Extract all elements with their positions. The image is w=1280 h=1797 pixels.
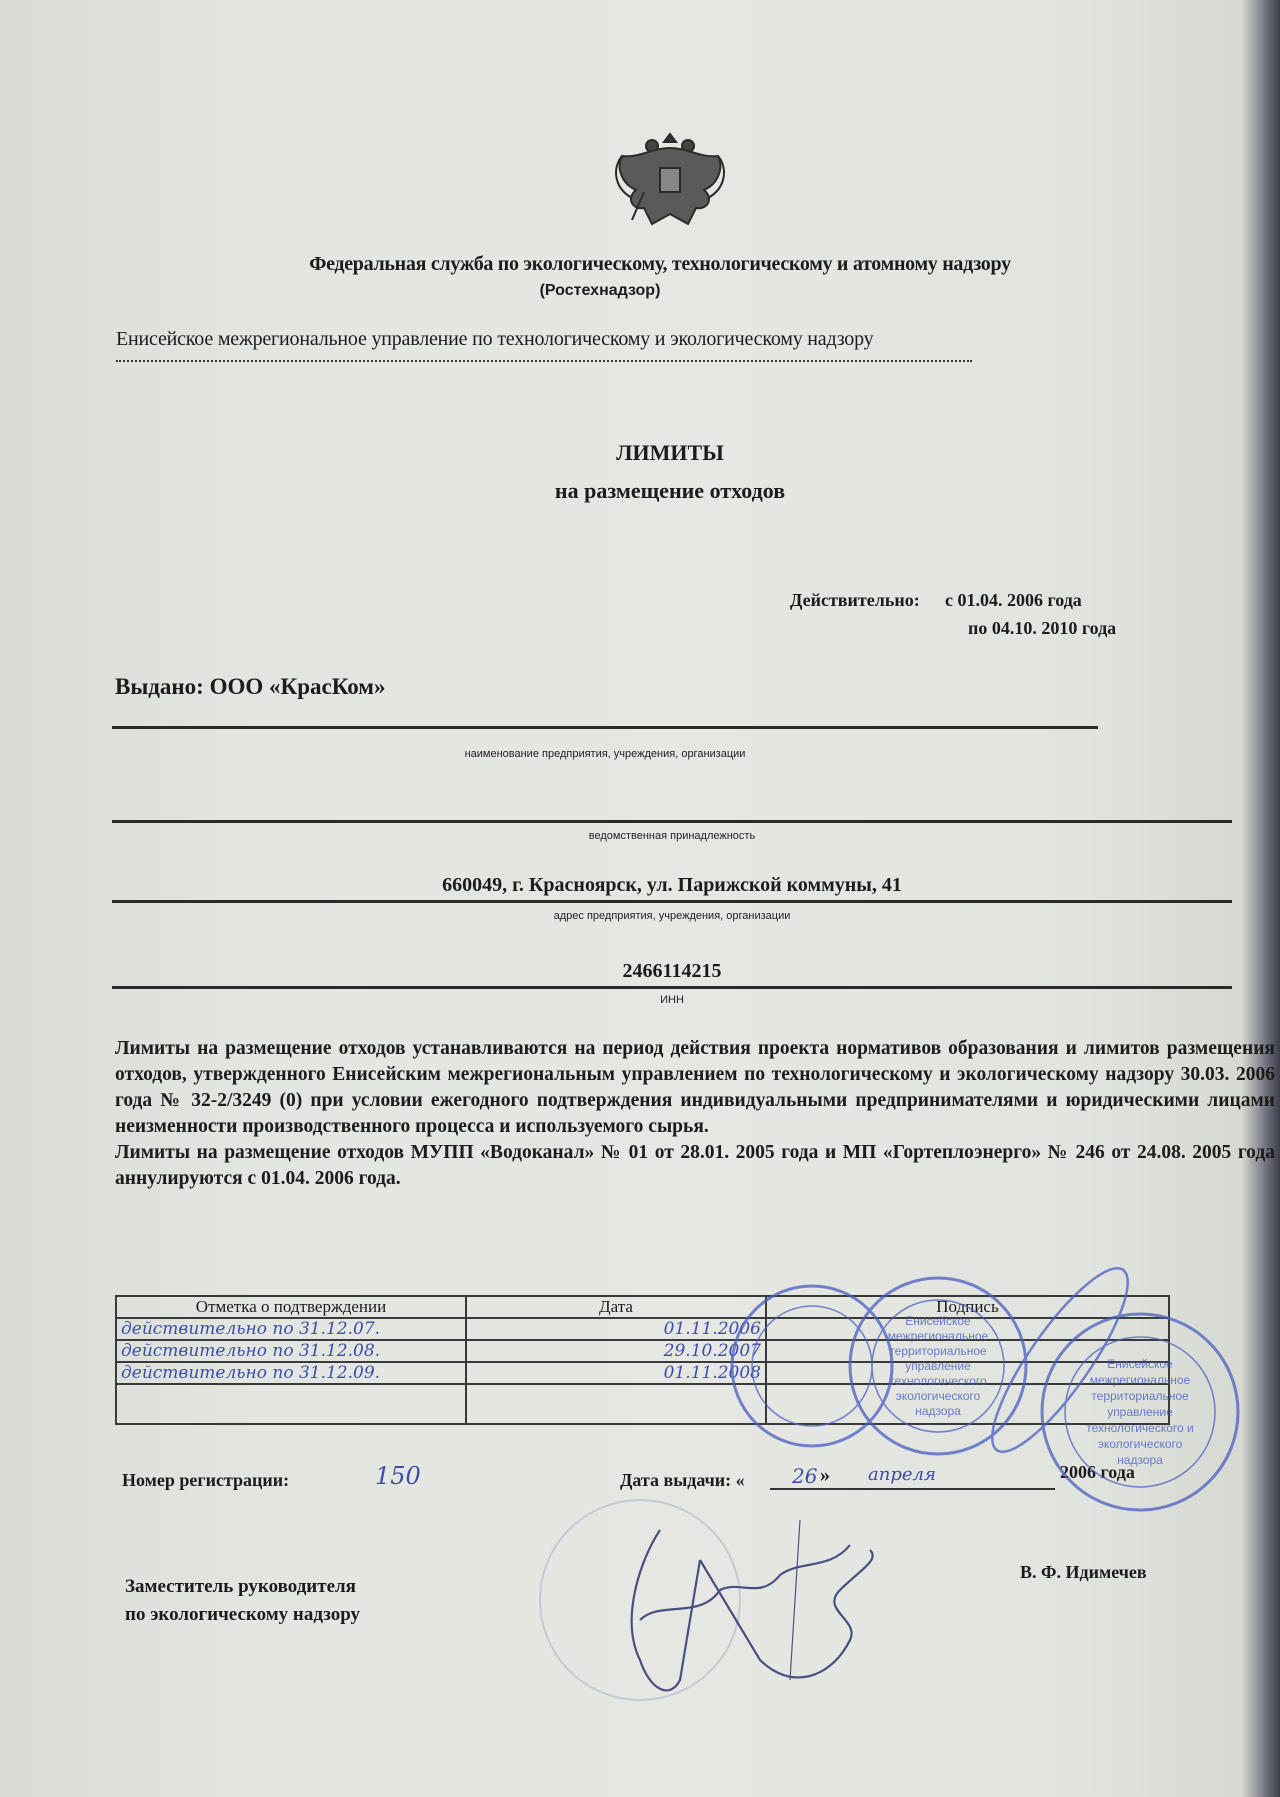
confirmation-mark: действительно по 31.12.09. [116, 1362, 466, 1384]
svg-text:экологического: экологического [1098, 1437, 1183, 1451]
header-confirmation-mark: Отметка о подтверждении [116, 1296, 466, 1318]
issue-day: 26 [792, 1464, 817, 1488]
issue-date-label: Дата выдачи: « [620, 1470, 745, 1491]
table-header-row: Отметка о подтверждении Дата Подпись [116, 1296, 1169, 1318]
inn-underline [112, 986, 1232, 989]
issue-date-close-quote: » [820, 1464, 830, 1487]
document-subtitle: на размещение отходов [440, 478, 900, 504]
inn-caption: ИНН [112, 994, 1232, 1006]
table-row [116, 1384, 1169, 1424]
affiliation-caption: ведомственная принадлежность [112, 830, 1232, 842]
table-row: действительно по 31.12.09. 01.11.2008 [116, 1362, 1169, 1384]
confirmation-date [466, 1384, 766, 1424]
inn-value: 2466114215 [112, 960, 1232, 983]
confirmation-signature [766, 1362, 1169, 1384]
table-row: действительно по 31.12.08. 29.10.2007 [116, 1340, 1169, 1362]
faint-stamp-icon [540, 1500, 740, 1700]
registration-label: Номер регистрации: [122, 1470, 289, 1491]
validity-from: с 01.04. 2006 года [945, 590, 1082, 611]
russian-coat-of-arms-icon [592, 128, 748, 228]
name-caption: наименование предприятия, учреждения, ор… [112, 748, 1098, 760]
regional-office-name: Енисейское межрегиональное управление по… [116, 328, 1146, 351]
signatory-role-line2: по экологическому надзору [125, 1604, 360, 1626]
table-row: действительно по 31.12.07. 01.11.2006 [116, 1318, 1169, 1340]
issue-date-underline [770, 1488, 1055, 1490]
issued-to: Выдано: ООО «КрасКом» [115, 674, 385, 700]
document-title: ЛИМИТЫ [440, 440, 900, 466]
confirmation-mark: действительно по 31.12.08. [116, 1340, 466, 1362]
validity-to: по 04.10. 2010 года [968, 618, 1116, 639]
name-underline [112, 726, 1098, 729]
paragraph-annulment: Лимиты на размещение отходов МУПП «Водок… [115, 1140, 1275, 1192]
confirmation-date: 01.11.2006 [466, 1318, 766, 1340]
paragraph-validity-conditions: Лимиты на размещение отходов устанавлива… [115, 1036, 1275, 1140]
confirmation-signature [766, 1318, 1169, 1340]
agency-name: Федеральная служба по экологическому, те… [180, 253, 1140, 276]
confirmation-date: 29.10.2007 [466, 1340, 766, 1362]
affiliation-underline [112, 820, 1232, 823]
header-signature: Подпись [766, 1296, 1169, 1318]
validity-label: Действительно: [790, 590, 920, 611]
signatory-role: Заместитель руководителя [125, 1576, 356, 1598]
confirmation-signature [766, 1340, 1169, 1362]
confirmation-mark: действительно по 31.12.07. [116, 1318, 466, 1340]
confirmation-mark [116, 1384, 466, 1424]
confirmation-signature [766, 1384, 1169, 1424]
registration-number: 150 [375, 1462, 421, 1490]
agency-short-name: (Ростехнадзор) [500, 282, 700, 300]
issue-month: апреля [868, 1464, 936, 1485]
address-underline [112, 900, 1232, 903]
confirmation-table: Отметка о подтверждении Дата Подпись дей… [115, 1295, 1170, 1425]
dotted-separator [116, 360, 972, 362]
address-value: 660049, г. Красноярск, ул. Парижской ком… [112, 874, 1232, 897]
signature-icon [632, 1520, 873, 1690]
header-date: Дата [466, 1296, 766, 1318]
issue-year: 2006 года [1060, 1462, 1135, 1483]
confirmation-date: 01.11.2008 [466, 1362, 766, 1384]
limits-paragraph: Лимиты на размещение отходов устанавлива… [115, 1036, 1275, 1192]
address-caption: адрес предприятия, учреждения, организац… [112, 910, 1232, 922]
signatory-name: В. Ф. Идимечев [1020, 1562, 1147, 1583]
